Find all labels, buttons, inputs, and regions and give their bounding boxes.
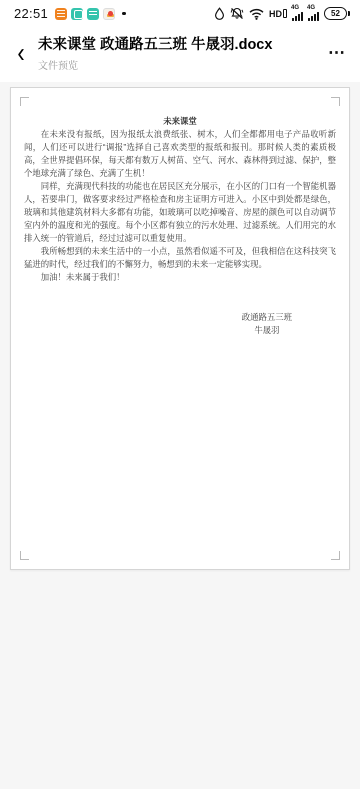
status-right-icons: HD 4G 4G 52	[214, 6, 350, 21]
paragraph: 同样，充满现代科技的功能也在居民区充分展示，在小区的门口有一个智能机器人，若要串…	[24, 180, 336, 245]
file-preview-label: 文件预览	[38, 57, 318, 72]
battery-icon: 52	[324, 7, 350, 20]
signature-class: 政通路五三班	[242, 311, 292, 324]
margin-mark-bottom-right	[331, 551, 340, 560]
signature-name: 牛晟羽	[242, 324, 292, 337]
signature-block: 政通路五三班 牛晟羽	[24, 311, 336, 337]
navbar: ‹ 未来课堂 政通路五三班 牛晟羽.docx 文件预览 ⋯	[0, 27, 360, 82]
ellipsis-icon: ⋯	[328, 43, 346, 62]
person-app-icon	[103, 8, 115, 20]
message-app-icon	[71, 8, 83, 20]
calendar-app-icon	[55, 8, 67, 20]
battery-percent: 52	[324, 7, 347, 20]
alarm-muted-icon	[230, 7, 244, 20]
margin-mark-top-left	[20, 97, 29, 106]
document-title: 未来课堂	[24, 115, 336, 128]
nav-titles: 未来课堂 政通路五三班 牛晟羽.docx 文件预览	[38, 33, 318, 72]
paragraph: 我所畅想到的未来生活中的一小点，虽然看似遥不可及，但我相信在这科技突飞猛进的时代…	[24, 245, 336, 271]
wifi-icon	[249, 8, 264, 20]
margin-mark-bottom-left	[20, 551, 29, 560]
back-chevron-icon: ‹	[17, 39, 24, 67]
paragraph: 在未来没有报纸，因为报纸太浪费纸张、树木，人们全都都用电子产品收听新闻，人们还可…	[24, 128, 336, 180]
notification-icons	[55, 8, 126, 20]
more-menu-button[interactable]: ⋯	[318, 39, 346, 67]
list-app-icon	[87, 8, 99, 20]
hd-voice-icon: HD	[269, 9, 287, 19]
eye-protection-drop-icon	[214, 7, 225, 20]
more-notifications-dot	[122, 12, 126, 16]
file-title: 未来课堂 政通路五三班 牛晟羽.docx	[38, 33, 318, 54]
document-preview-area[interactable]: 未来课堂 在未来没有报纸，因为报纸太浪费纸张、树木，人们全都都用电子产品收听新闻…	[0, 82, 360, 789]
margin-mark-top-right	[331, 97, 340, 106]
document-body: 未来课堂 在未来没有报纸，因为报纸太浪费纸张、树木，人们全都都用电子产品收听新闻…	[11, 88, 349, 337]
sim1-signal-icon: 4G	[292, 6, 303, 21]
sim2-signal-icon: 4G	[308, 6, 319, 21]
back-button[interactable]: ‹	[10, 38, 32, 68]
paragraph: 加油！未来属于我们！	[24, 271, 336, 284]
document-page: 未来课堂 在未来没有报纸，因为报纸太浪费纸张、树木，人们全都都用电子产品收听新闻…	[10, 87, 350, 570]
status-bar: 22:51 HD 4G 4G	[0, 0, 360, 27]
clock: 22:51	[14, 6, 48, 21]
